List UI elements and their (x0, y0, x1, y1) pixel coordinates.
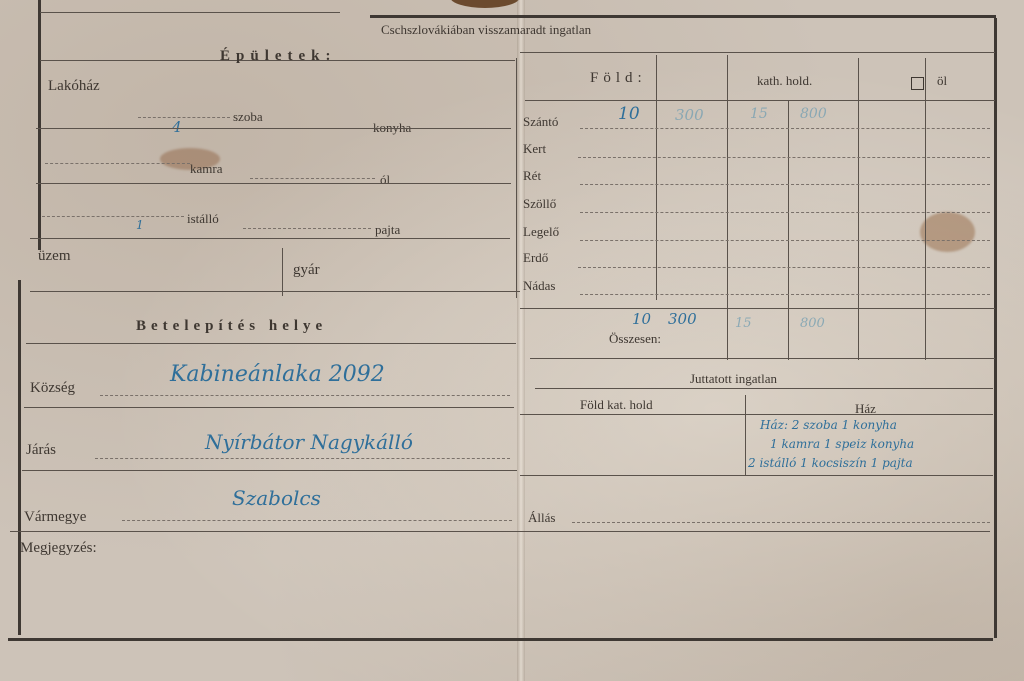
allocated-fold-header: Föld kat. hold (580, 397, 653, 413)
rule (30, 291, 520, 292)
buildings-title: Épületek: (220, 48, 337, 65)
gyar-label: gyár (293, 262, 320, 279)
land-type-erdo: Erdő (523, 250, 548, 266)
negyszogol-header: öl (937, 73, 947, 89)
dotted-line (138, 117, 230, 118)
col-line (727, 55, 728, 360)
land-type-kert: Kert (523, 141, 546, 157)
col-line (656, 55, 657, 300)
allas-label: Állás (528, 510, 555, 526)
divider (282, 248, 283, 296)
center-fold (517, 0, 525, 681)
land-type-szanto: Szántó (523, 114, 558, 130)
rule (24, 407, 514, 408)
rule (22, 470, 517, 471)
rule (520, 308, 995, 309)
jaras-value: Nyírbátor Nagykálló (205, 430, 413, 454)
dotted-line (250, 178, 375, 179)
szoba-value: 4 (172, 118, 182, 136)
fold-header: Föld: (590, 70, 647, 87)
uzem-label: üzem (38, 248, 70, 265)
dotted-line (45, 163, 190, 164)
osszesen-value-1: 10 (632, 310, 651, 328)
pajta-label: pajta (375, 222, 400, 238)
land-type-nadas: Nádas (523, 278, 556, 294)
dotted-line (578, 157, 990, 158)
dotted-line (572, 522, 990, 523)
land-type-ret: Rét (523, 168, 541, 184)
right-border (994, 18, 997, 638)
land-type-legelo: Legelő (523, 224, 559, 240)
kath-hold-header: kath. hold. (757, 73, 812, 89)
rule (520, 52, 995, 53)
settlement-title: Betelepítés helye (136, 318, 327, 335)
rule (530, 358, 995, 359)
divider (516, 58, 517, 298)
osszesen-value-3: 15 (735, 316, 752, 331)
col-line (788, 100, 789, 360)
allocated-title: Juttatott ingatlan (690, 371, 777, 387)
rule (36, 128, 511, 129)
osszesen-value-2: 300 (668, 310, 697, 328)
szanto-value-1: 10 (618, 104, 640, 124)
dotted-line (578, 267, 990, 268)
dotted-line (580, 184, 990, 185)
rule (30, 238, 510, 239)
dotted-line (122, 520, 512, 521)
col-line (925, 58, 926, 360)
varmegye-value: Szabolcs (232, 486, 321, 510)
dotted-line (42, 216, 184, 217)
rule (535, 388, 993, 389)
istallo-value: 1 (136, 218, 144, 232)
top-border (370, 15, 996, 18)
haz-value-line-2: 1 kamra 1 speiz konyha (770, 437, 914, 451)
haz-value-line-1: Ház: 2 szoba 1 konyha (760, 418, 897, 432)
rule (10, 531, 990, 532)
left-behind-title: Cschszlovákiában visszamaradt ingatlan (381, 22, 591, 38)
square-icon (911, 77, 924, 90)
osszesen-value-4: 800 (800, 316, 825, 331)
varmegye-label: Vármegye (24, 509, 86, 526)
szoba-label: szoba (233, 109, 263, 125)
jaras-label: Járás (26, 442, 56, 459)
szanto-value-3: 15 (750, 106, 768, 122)
osszesen-label: Összesen: (609, 331, 661, 347)
szanto-value-4: 800 (800, 106, 827, 122)
left-border-lower (18, 280, 21, 635)
bottom-border (8, 638, 993, 641)
kozseg-value: Kabineánlaka 2092 (170, 362, 385, 387)
dotted-line (580, 240, 990, 241)
szanto-value-2: 300 (675, 106, 704, 124)
stain (920, 212, 975, 252)
rule (520, 414, 993, 415)
rule (520, 475, 993, 476)
divider (745, 395, 746, 475)
kozseg-label: Község (30, 380, 75, 397)
rule (26, 343, 516, 344)
dotted-line (580, 128, 990, 129)
dotted-line (95, 458, 510, 459)
dotted-line (243, 228, 371, 229)
ol-label: ól (380, 172, 390, 188)
rule (36, 183, 511, 184)
corner-object (450, 0, 520, 8)
istallo-label: istálló (187, 211, 219, 227)
rule (40, 12, 340, 13)
lakohaz-label: Lakóház (48, 78, 100, 95)
left-border (38, 0, 41, 250)
haz-value-line-3: 2 istálló 1 kocsiszín 1 pajta (748, 456, 913, 470)
kamra-label: kamra (190, 161, 222, 177)
dotted-line (580, 294, 990, 295)
dotted-line (580, 212, 990, 213)
megjegyzes-label: Megjegyzés: (20, 540, 97, 557)
land-type-szollo: Szöllő (523, 196, 556, 212)
col-line (858, 58, 859, 360)
dotted-line (100, 395, 510, 396)
